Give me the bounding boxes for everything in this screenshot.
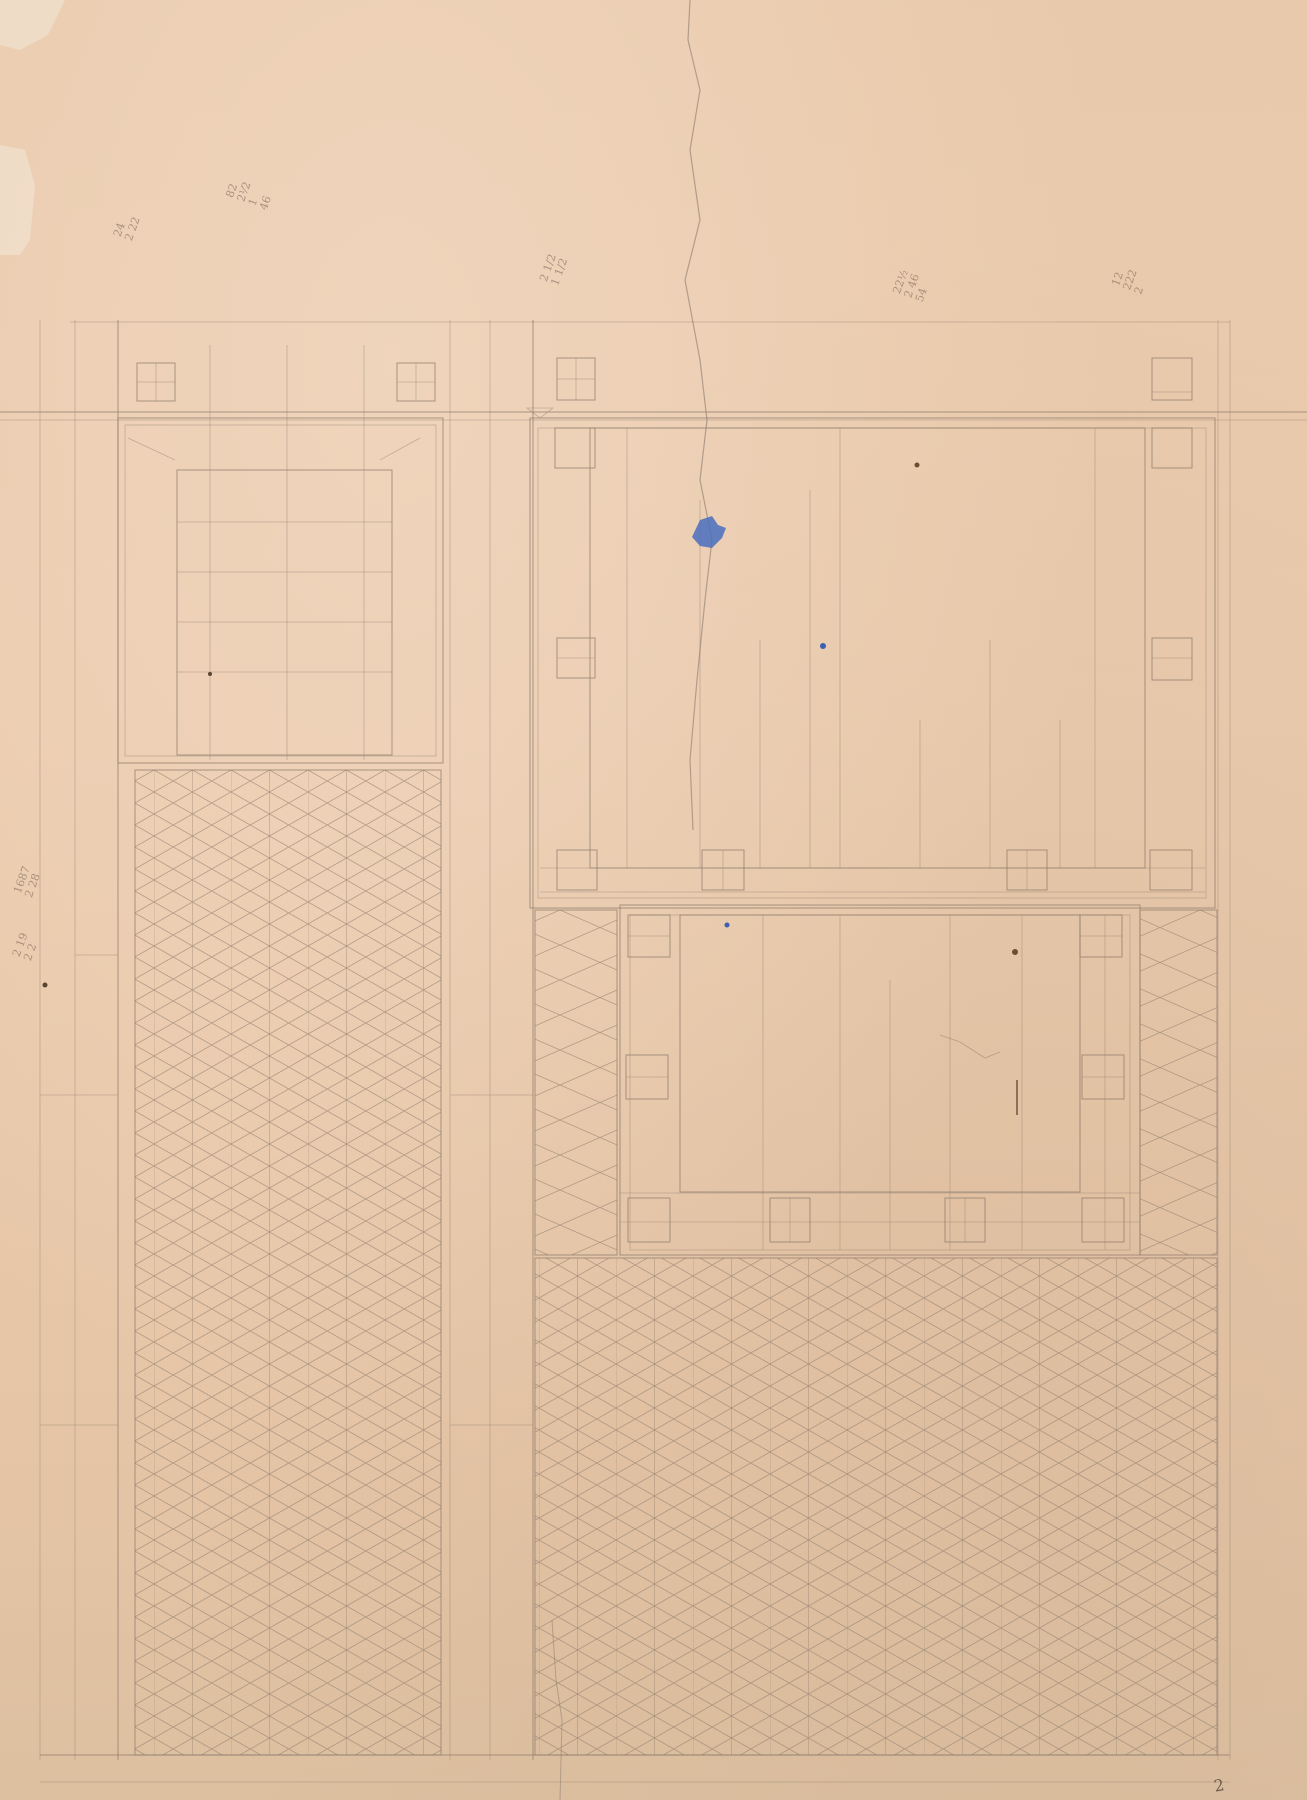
bottom-lattice-pattern xyxy=(535,1258,1217,1755)
left-lattice-pattern xyxy=(135,770,441,1755)
lower-right-room xyxy=(620,905,1140,1255)
paper-crack-small xyxy=(940,1035,1000,1058)
upper-right-room xyxy=(527,358,1215,908)
paper-tear-left xyxy=(0,145,35,255)
paper-crack xyxy=(685,0,712,830)
narrow-lattice-right xyxy=(1140,910,1217,1255)
left-room xyxy=(118,345,443,763)
paper-tear-top-left xyxy=(0,0,65,50)
narrow-lattice-left xyxy=(535,910,617,1255)
architectural-plan-drawing xyxy=(0,0,1307,1800)
drawing-sheet: 82 2⅟2 1 46 2 1/2 1 1/2 22½ 2 46 54 12 2… xyxy=(0,0,1307,1800)
